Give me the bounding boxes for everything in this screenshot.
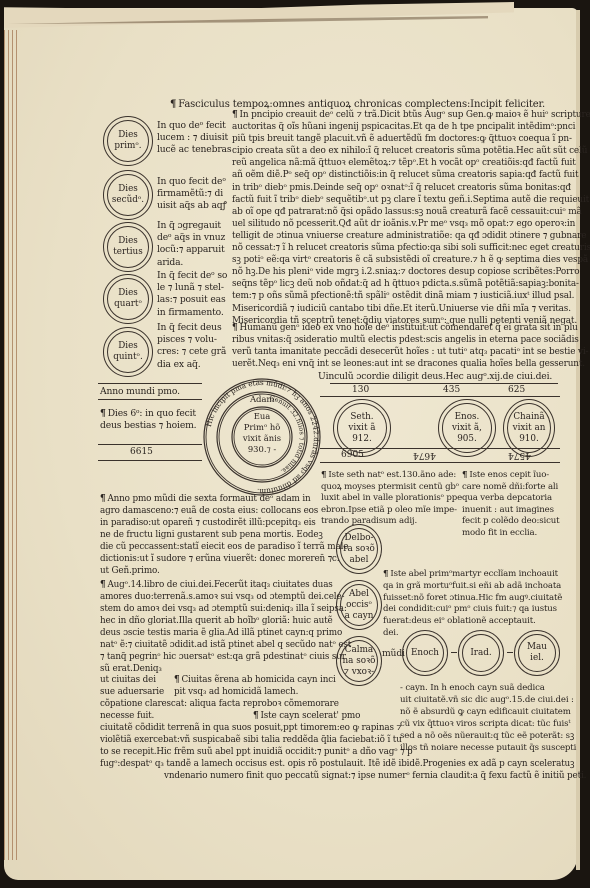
rule-line <box>98 399 202 400</box>
day-ordinal: quintᵒ. <box>113 352 143 363</box>
day-label: Dies <box>118 130 138 141</box>
adam-center-text: EuaPrimᵒ hõvixit ãnis930.⁊ - <box>234 411 290 455</box>
gutter-page-edges <box>0 30 22 860</box>
day-label: Dies <box>118 341 138 352</box>
adam-medallion: Hic incipit pma etas mũdi:⁊ hꝫ anos 2242… <box>203 378 321 496</box>
adam-label: Adam <box>250 394 274 406</box>
enos-text: ¶Iste enos cepit ĩuo- care nomẽ dñi:fort… <box>462 470 560 540</box>
circle-irad: Irad. <box>458 630 504 676</box>
timeline-rule <box>320 462 560 463</box>
humanum-genus-text: ¶Humanũ genᵒ ideo ex vno hoĩe deᵒ instit… <box>232 322 588 370</box>
augustine-text: ¶Augᵒ.14.libro de ciui.dei.Fecerũt itaq₃… <box>100 579 351 675</box>
anno-mundi-label: Anno mundi pmo. <box>100 386 180 398</box>
day-circle-3: Diestertius <box>103 222 153 272</box>
rule-line <box>98 460 202 461</box>
circle-mauiel: Mauiel. <box>514 630 560 676</box>
day-ordinal: tertius <box>113 247 142 258</box>
adam-text: ¶Anno pmo mũdi die sexta formauit deᵒ ad… <box>100 493 348 577</box>
main-text-block: ¶In pncipio creauit deᵒ celũ ⁊ trã.Dicit… <box>232 109 590 327</box>
chain-connector <box>507 652 513 653</box>
day-ordinal: primᵒ. <box>114 141 141 152</box>
circle-abel: Abeloccisᵒa cayn <box>336 580 382 630</box>
circle-calmana: Calmana soꝛõ⁊ vxoꝛ- <box>336 636 382 686</box>
timeline-rule <box>320 448 560 449</box>
circle-delbora: Delbo-ra soꝛõabel <box>336 524 382 574</box>
year-625: 625 <box>508 385 525 395</box>
day-text-5: In q̃ fecit deuspisces ⁊ volu-cres: ⁊ ce… <box>157 322 226 371</box>
enoch-text: - cayn. In h enoch cayn suã dedicauit ci… <box>400 682 576 754</box>
day-circle-2: Diessecũdᵒ. <box>103 170 153 220</box>
ciuitas-terrena-text: ¶Ciuitas ẽrena ab homicida cayn incipit … <box>174 674 336 698</box>
circle-enoch: Enoch <box>402 630 448 676</box>
rule-line <box>98 383 202 384</box>
chain-connector <box>451 652 457 653</box>
timeline-rule <box>320 396 560 397</box>
dies-sextus-text: ¶Dies 6ᵒ: in quo fecitdeus bestias ⁊ hoi… <box>100 408 196 432</box>
day-ordinal: quartᵒ <box>114 299 142 310</box>
year-130: 130 <box>352 385 369 395</box>
timeline-top-rule <box>330 383 558 384</box>
day-text-1: In quo deᵒ fecitlucem : ⁊ diuisitlucẽ ac… <box>157 120 231 157</box>
ciuitas-dei-text: ut ciuitas deisue aduersarie <box>100 674 164 698</box>
day-circle-4: Diesquartᵒ <box>103 274 153 324</box>
day-text-2: In quo fecit deᵒfirmamẽtũ:⁊ diuisit aq̃s… <box>157 176 227 213</box>
year-4574: 4574 <box>508 450 531 460</box>
iste-cayn-text: ¶Iste cayn scelerat' pmo <box>253 710 360 722</box>
day-label: Dies <box>118 236 138 247</box>
day-ordinal: secũdᵒ. <box>112 195 144 206</box>
pilcrow-icon: ¶ <box>170 99 176 110</box>
year-4674: 4674 <box>413 450 436 460</box>
day-text-3: In q̃ ɔgregauitdeᵒ aq̃s in vnuzlocũ:⁊ ap… <box>157 220 225 269</box>
rule-line <box>98 444 202 445</box>
year-435: 435 <box>443 385 460 395</box>
day-label: Dies <box>118 288 138 299</box>
day-circle-1: Diesprimᵒ. <box>103 116 153 166</box>
augustine-citation: Uinculũ ɔcordie diligit deus.Hec augᵒ.xi… <box>318 371 552 383</box>
year-6905: 6905 <box>341 450 364 460</box>
day-text-4: In q̃ fecit deᵒ sole ⁊ lunã ⁊ stel-las:⁊… <box>157 270 227 319</box>
year-6615: 6615 <box>130 447 153 457</box>
day-circle-5: Diesquintᵒ. <box>103 327 153 377</box>
day-label: Dies <box>118 184 138 195</box>
